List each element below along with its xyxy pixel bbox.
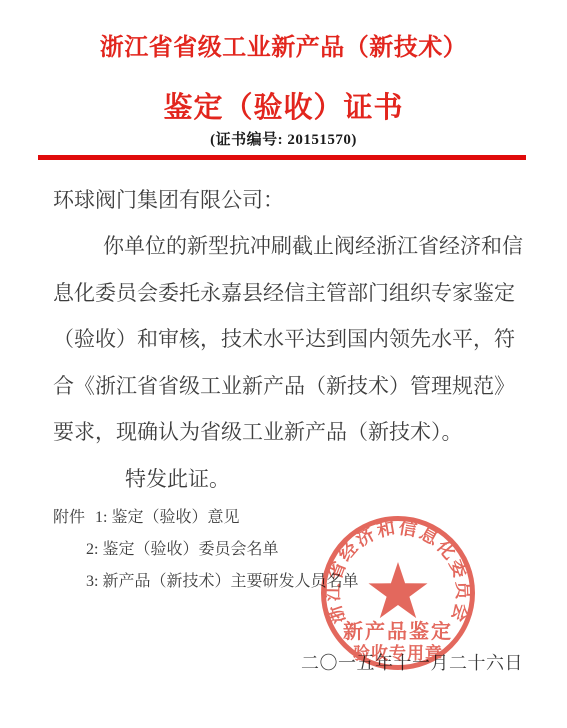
certificate-title-line2: 鉴定（验收）证书	[0, 85, 567, 126]
body-line: 你单位的新型抗冲刷截止阀经浙江省经济和信	[53, 234, 525, 259]
stamp-text-line2: 验收专用章	[353, 643, 443, 663]
body-line-closing: 特发此证。	[53, 467, 525, 492]
certificate-number: (证书编号: 20151570)	[0, 128, 567, 149]
body-line: 要求，现确认为省级工业新产品（新技术）。	[53, 420, 525, 445]
attachment-item: 2: 鉴定（验收）委员会名单	[86, 541, 278, 558]
attachments-label: 附件	[53, 509, 85, 526]
certificate-page: 浙江省省级工业新产品（新技术） 鉴定（验收）证书 (证书编号: 20151570…	[0, 0, 567, 728]
header-divider-rule	[38, 155, 526, 160]
certificate-title-line1: 浙江省省级工业新产品（新技术）	[0, 27, 567, 62]
attachment-item: 1: 鉴定（验收）意见	[95, 509, 239, 526]
attachment-row: 附件1: 鉴定（验收）意见	[53, 504, 239, 527]
official-seal-stamp: 浙江省经济和信息化委员会 新产品鉴定 验收专用章	[316, 511, 480, 675]
attachment-row: 2: 鉴定（验收）委员会名单	[86, 536, 278, 559]
body-line: （验收）和审核，技术水平达到国内领先水平，符	[53, 327, 525, 352]
stamp-text-line1: 新产品鉴定	[343, 619, 453, 643]
body-line: 息化委员会委托永嘉县经信主管部门组织专家鉴定	[53, 281, 525, 306]
body-line: 合《浙江省省级工业新产品（新技术）管理规范》	[53, 374, 525, 399]
body-line-addressee: 环球阀门集团有限公司：	[53, 188, 525, 213]
star-icon	[369, 562, 428, 618]
